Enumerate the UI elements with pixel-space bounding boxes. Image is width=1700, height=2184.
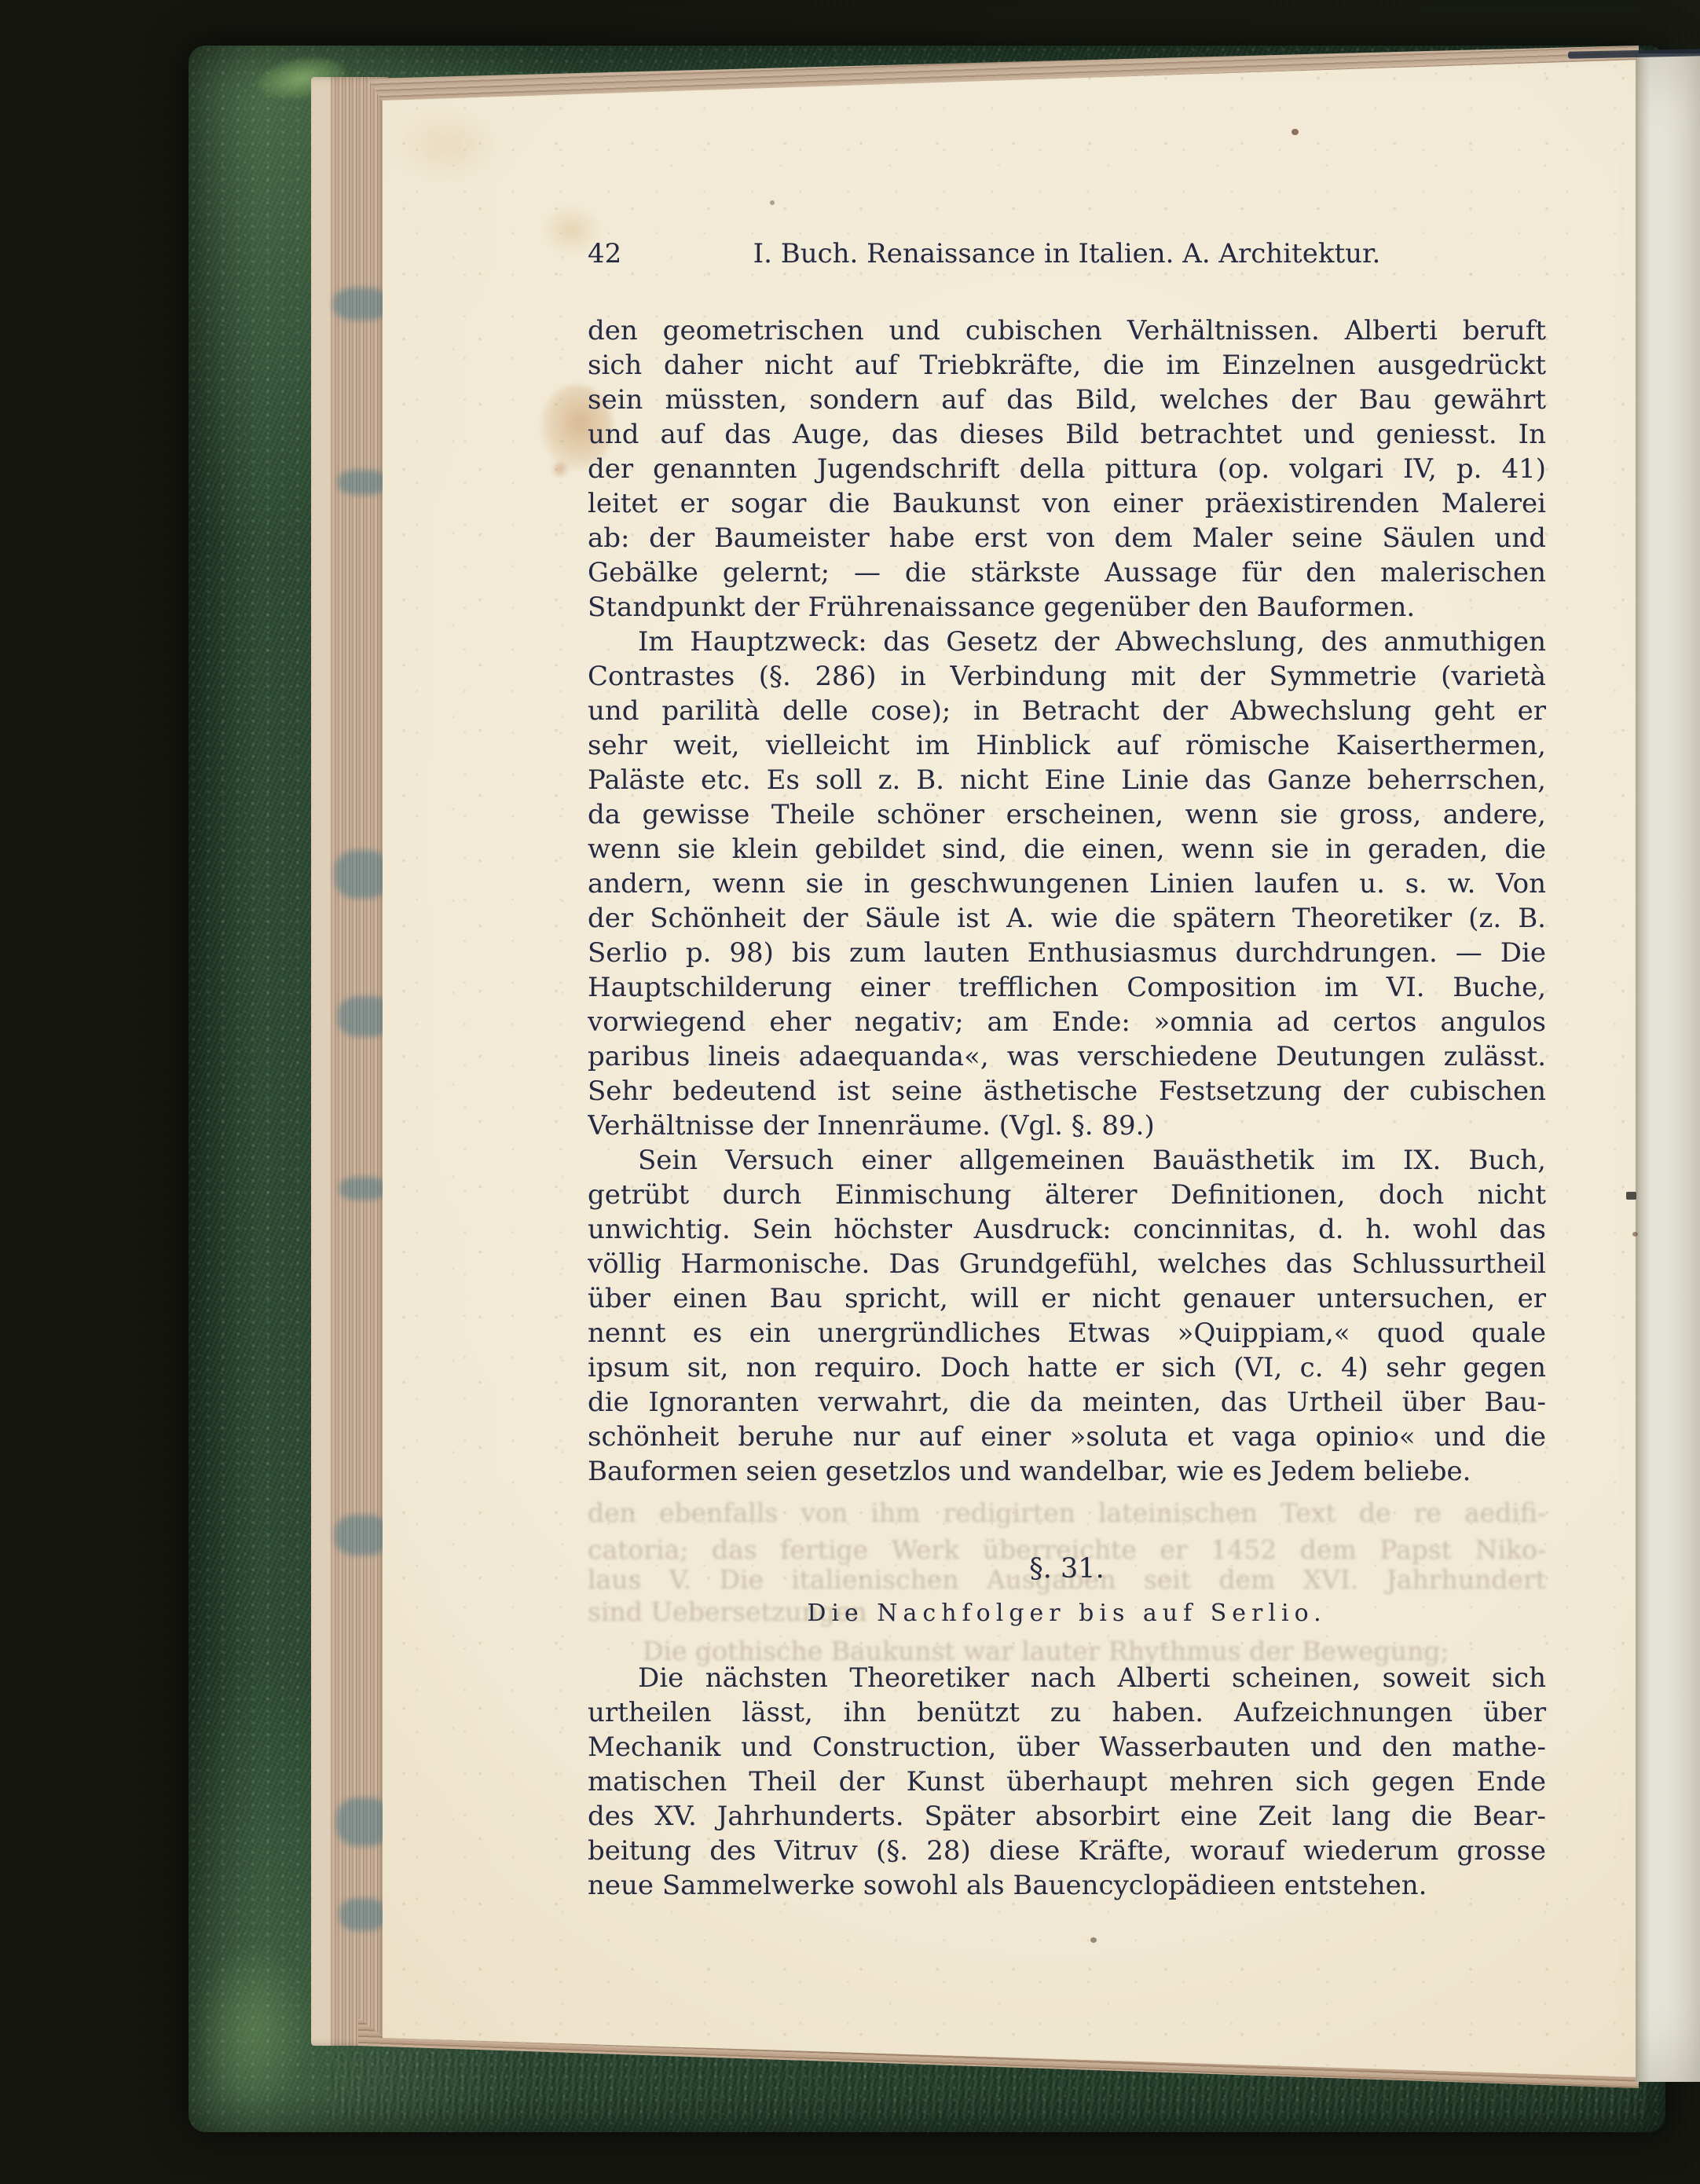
printed-text-layer: den ebenfalls von ihm redigirten lateini… <box>0 0 1700 2184</box>
ink-speck <box>1632 1232 1638 1237</box>
text-line: sehr weit, vielleicht im Hinblick auf rö… <box>588 728 1546 763</box>
section-title-heading: Die Nachfolger bis auf Serlio. <box>588 1600 1546 1627</box>
photo-of-book-page: { "photo": { "colors": { "background": "… <box>0 0 1700 2184</box>
text-line: matischen Theil der Kunst überhaupt mehr… <box>588 1764 1546 1799</box>
text-line: Gebälke gelernt; — die stärkste Aussage … <box>588 555 1546 590</box>
text-line: paribus lineis adaequanda«, was verschie… <box>588 1039 1546 1074</box>
text-line: Verhältnisse der Innenräume. (Vgl. §. 89… <box>588 1108 1546 1143</box>
paragraph: Im Hauptzweck: das Gesetz der Abwechslun… <box>588 625 1546 1143</box>
text-line: nennt es ein unergründliches Etwas »Quip… <box>588 1316 1546 1350</box>
text-line: der genannten Jugendschrift della pittur… <box>588 452 1546 486</box>
text-line: urtheilen lässt, ihn benützt zu haben. A… <box>588 1695 1546 1730</box>
text-line: da gewisse Theile schöner erscheinen, we… <box>588 797 1546 832</box>
text-line: schönheit beruhe nur auf einer »soluta e… <box>588 1420 1546 1454</box>
text-line: den geometrischen und cubischen Verhältn… <box>588 313 1546 348</box>
text-line: Contrastes (§. 286) in Verbindung mit de… <box>588 659 1546 694</box>
text-line: Hauptschilderung einer trefflichen Compo… <box>588 970 1546 1005</box>
text-line: beitung des Vitruv (§. 28) diese Kräfte,… <box>588 1834 1546 1868</box>
text-line: andern, wenn sie in geschwungenen Linien… <box>588 867 1546 901</box>
text-line: des XV. Jahrhunderts. Später absorbirt e… <box>588 1799 1546 1834</box>
text-line: leitet er sogar die Baukunst von einer p… <box>588 486 1546 521</box>
text-line: Bauformen seien gesetzlos und wandelbar,… <box>588 1454 1546 1489</box>
text-line: Serlio p. 98) bis zum lauten Enthusiasmu… <box>588 936 1546 970</box>
text-line: völlig Harmonische. Das Grundgefühl, wel… <box>588 1247 1546 1281</box>
text-line: und auf das Auge, das dieses Bild betrac… <box>588 417 1546 452</box>
page-number: 42 <box>588 238 621 269</box>
text-line: sein müssten, sondern auf das Bild, welc… <box>588 383 1546 417</box>
running-title: I. Buch. Renaissance in Italien. A. Arch… <box>588 238 1546 269</box>
text-line: neue Sammelwerke sowohl als Bauencyclopä… <box>588 1868 1546 1903</box>
margin-ink-mark <box>1626 1192 1636 1200</box>
paragraph: Die nächsten Theoretiker nach Alberti sc… <box>588 1661 1546 1903</box>
text-line: wenn sie klein gebildet sind, die einen,… <box>588 832 1546 867</box>
text-line: Im Hauptzweck: das Gesetz der Abwechslun… <box>588 625 1546 659</box>
text-line: Sehr bedeutend ist seine ästhetische Fes… <box>588 1074 1546 1108</box>
text-line: unwichtig. Sein höchster Ausdruck: conci… <box>588 1212 1546 1247</box>
section-number-heading: §. 31. <box>588 1553 1546 1585</box>
page-header: 42 I. Buch. Renaissance in Italien. A. A… <box>588 238 1546 273</box>
ink-speck <box>1291 129 1299 135</box>
text-line: vorwiegend eher negativ; am Ende: »omnia… <box>588 1005 1546 1039</box>
paragraph: Sein Versuch einer allgemeinen Bauästhet… <box>588 1143 1546 1489</box>
text-line: Standpunkt der Frührenaissance gegenüber… <box>588 590 1546 625</box>
ink-speck <box>770 200 775 205</box>
text-line: über einen Bau spricht, will er nicht ge… <box>588 1281 1546 1316</box>
text-line: die Ignoranten verwahrt, die da meinten,… <box>588 1385 1546 1420</box>
text-line: getrübt durch Einmischung älterer Defini… <box>588 1178 1546 1212</box>
paragraph: den geometrischen und cubischen Verhältn… <box>588 313 1546 625</box>
text-line: sich daher nicht auf Triebkräfte, die im… <box>588 348 1546 383</box>
text-line: ipsum sit, non requiro. Doch hatte er si… <box>588 1350 1546 1385</box>
text-line: Die nächsten Theoretiker nach Alberti sc… <box>588 1661 1546 1695</box>
text-line: der Schönheit der Säule ist A. wie die s… <box>588 901 1546 936</box>
text-line: Mechanik und Construction, über Wasserba… <box>588 1730 1546 1764</box>
text-line: Sein Versuch einer allgemeinen Bauästhet… <box>588 1143 1546 1178</box>
text-line: Paläste etc. Es soll z. B. nicht Eine Li… <box>588 763 1546 797</box>
text-line: und parilità delle cose); in Betracht de… <box>588 694 1546 728</box>
text-line: ab: der Baumeister habe erst von dem Mal… <box>588 521 1546 555</box>
ink-speck <box>1090 1937 1097 1943</box>
ghost-offset-text-line: den ebenfalls von ihm redigirten lateini… <box>588 1496 1546 1530</box>
